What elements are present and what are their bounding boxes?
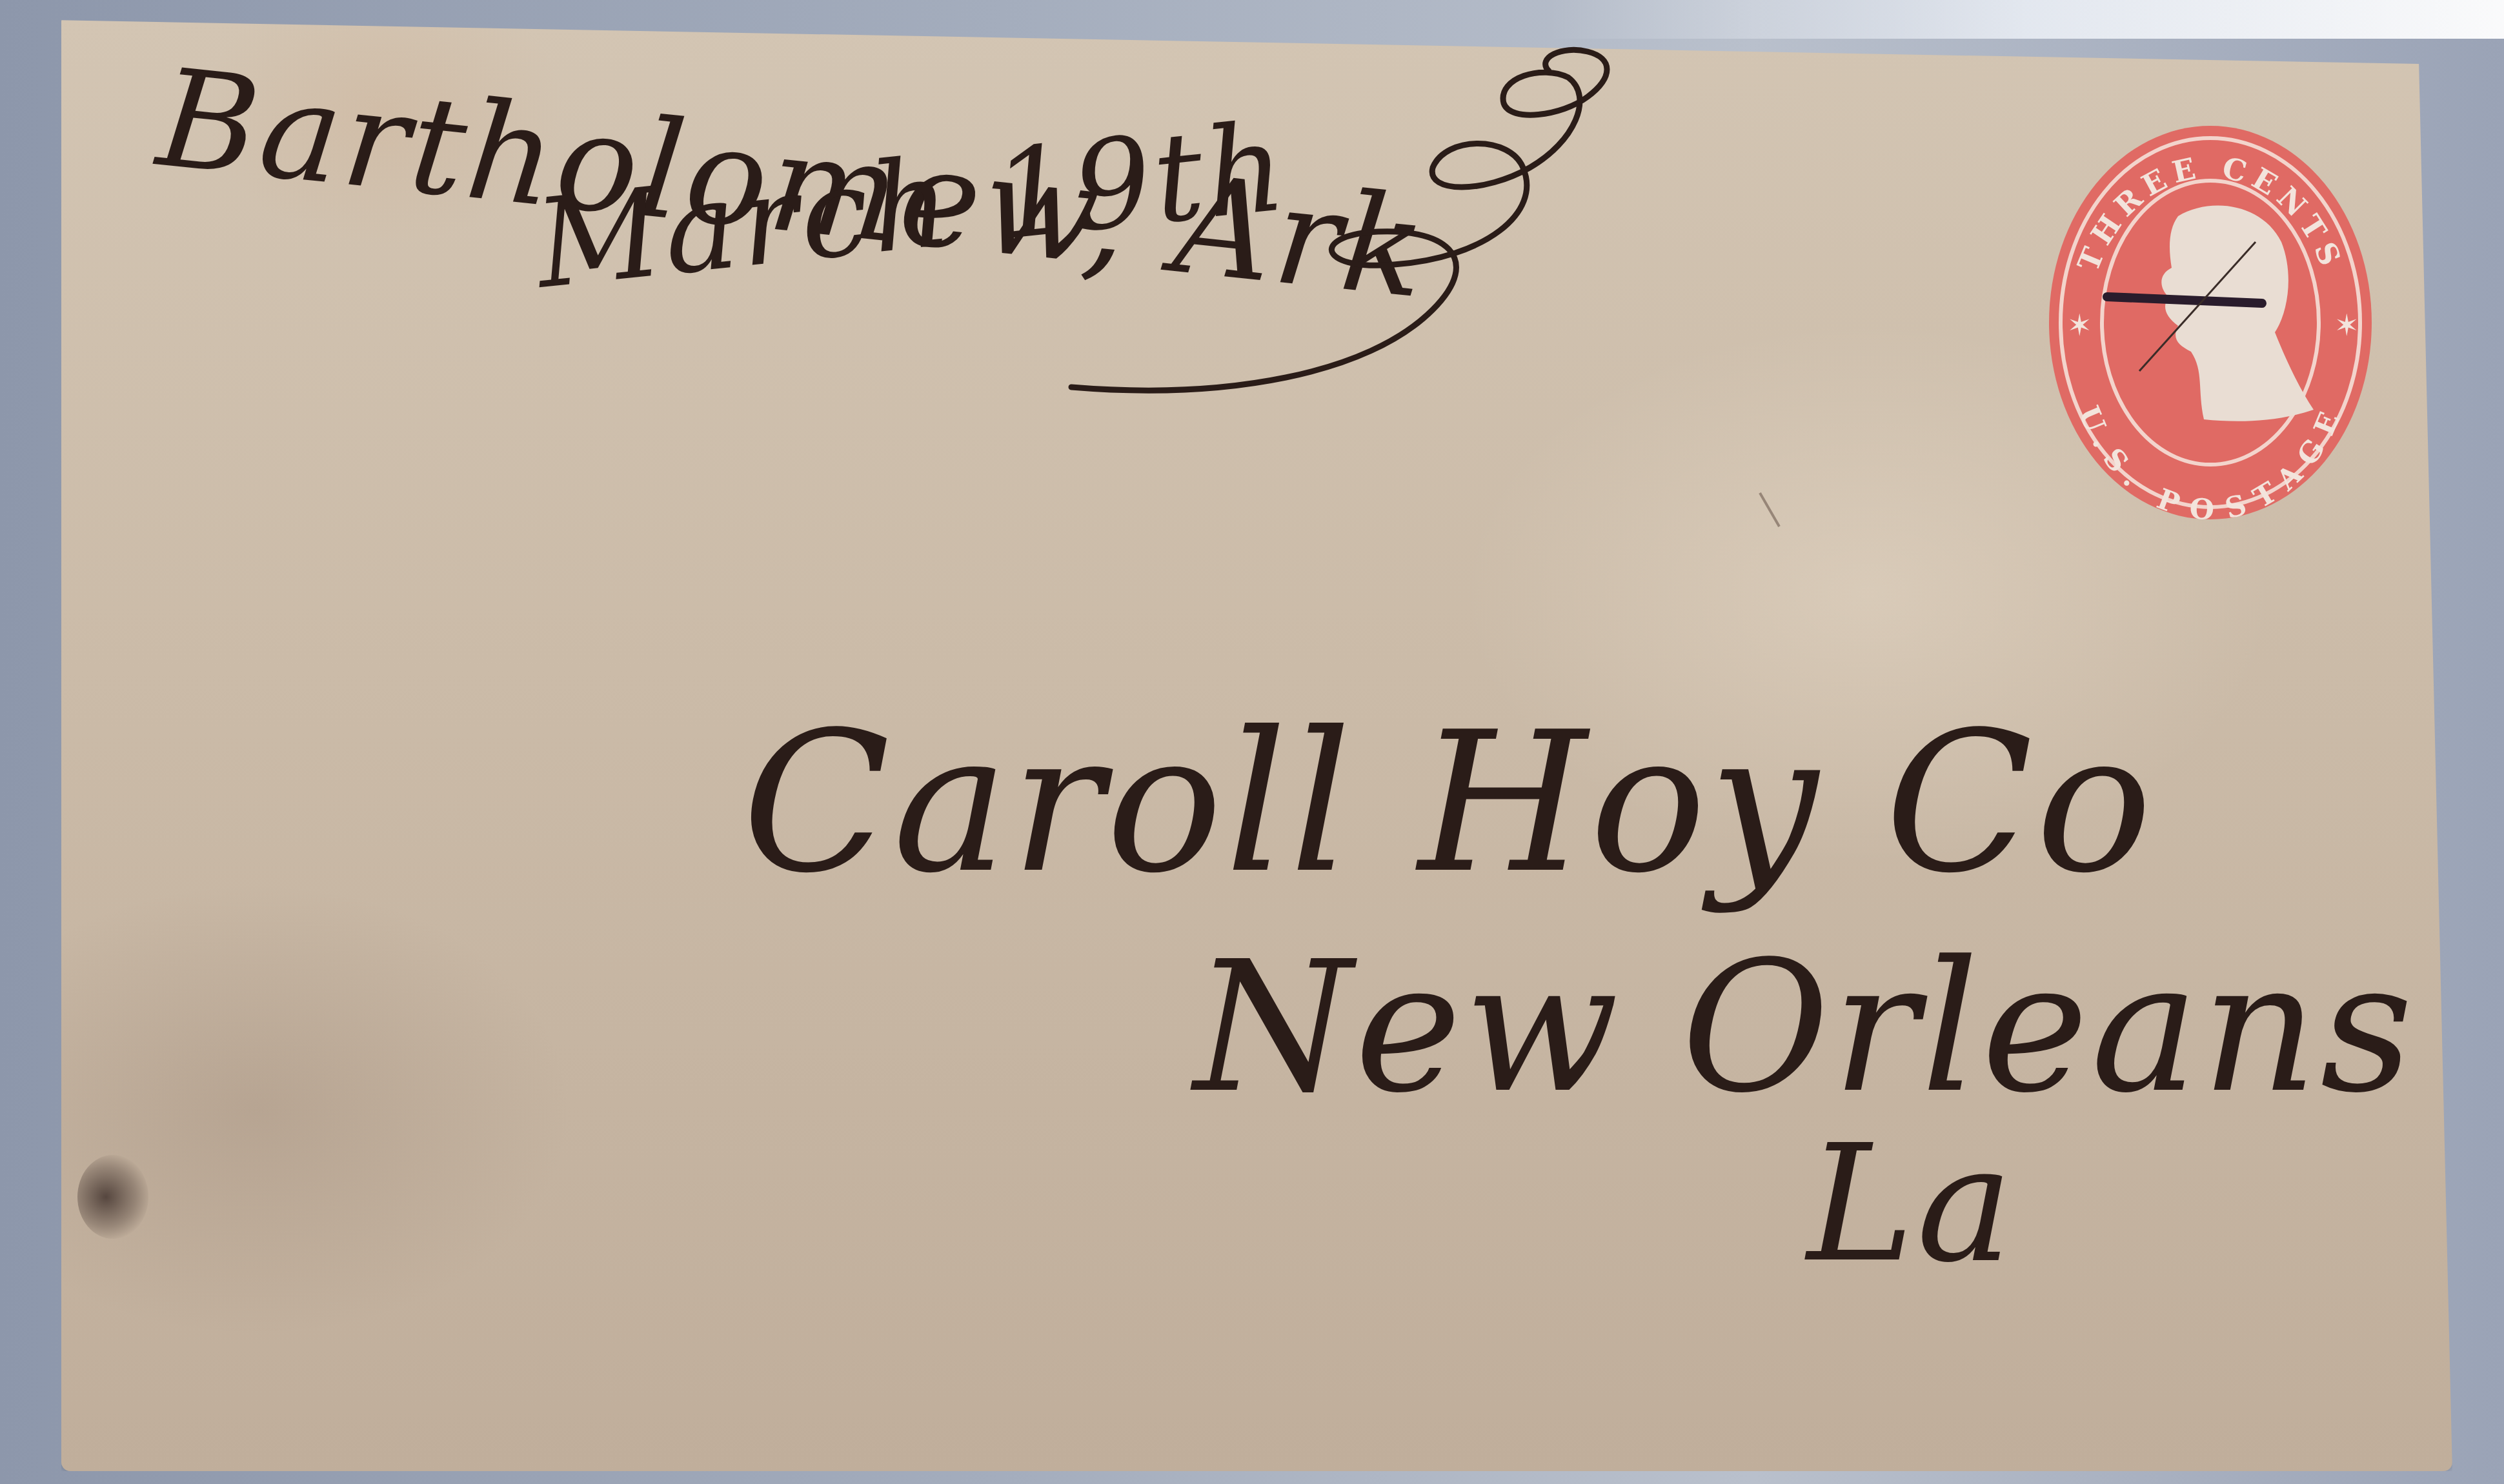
ink-smudge [77, 1155, 148, 1239]
star-left-icon: ✶ [2067, 308, 2092, 343]
cancel-stroke [2107, 297, 2262, 303]
star-right-icon: ✶ [2334, 308, 2359, 343]
address-line-2: New Orleans [1194, 923, 2416, 1133]
pen-flourish-icon [1033, 39, 1678, 490]
address-line-3: La [1807, 1110, 2015, 1298]
address-line-1: Caroll Hoy Co [742, 690, 2155, 916]
embossed-stamp: THREE CENTS U.S. POSTAGE ✶ ✶ [2043, 119, 2378, 526]
sleeve-glare [1549, 0, 2504, 39]
